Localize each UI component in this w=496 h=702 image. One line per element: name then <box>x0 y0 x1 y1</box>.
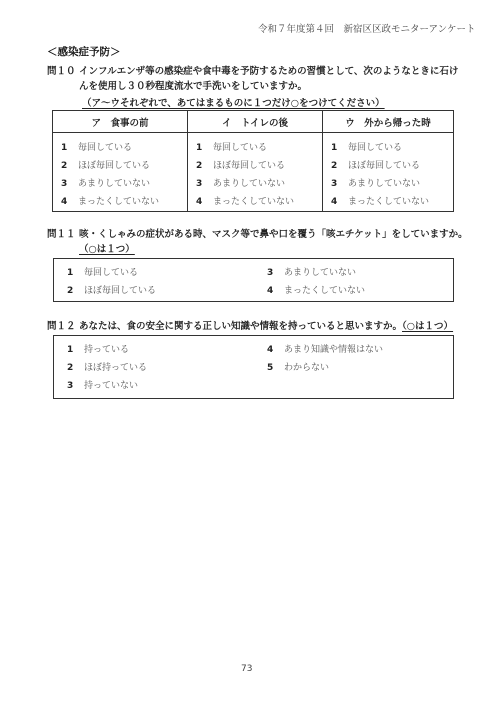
option-item[interactable]: 2ほぼ毎回している <box>331 157 453 175</box>
option-item[interactable]: 4まったくしていない <box>331 193 453 211</box>
q11-instruction: （○は１つ） <box>79 241 135 255</box>
option-item[interactable]: 5わからない <box>267 360 329 373</box>
q10-number: 問１０ <box>47 63 79 77</box>
option-item[interactable]: 3あまりしていない <box>267 265 356 278</box>
q10-instruction: （ア～ウそれぞれで、あてはまるものに１つだけ○をつけてください） <box>82 95 385 109</box>
page-number: 73 <box>241 664 252 674</box>
q10-col-i-options: 1毎回している 2ほぼ毎回している 3あまりしていない 4まったくしていない <box>188 133 323 212</box>
option-item[interactable]: 1毎回している <box>331 139 453 157</box>
option-item[interactable]: 1毎回している <box>61 139 187 157</box>
option-item[interactable]: 3あまりしていない <box>196 175 322 193</box>
option-item[interactable]: 4あまり知識や情報はない <box>267 342 383 355</box>
option-item[interactable]: 4まったくしていない <box>61 193 187 211</box>
option-item[interactable]: 3あまりしていない <box>331 175 453 193</box>
option-item[interactable]: 4まったくしていない <box>267 283 365 296</box>
q10-col-a-options: 1毎回している 2ほぼ毎回している 3あまりしていない 4まったくしていない <box>53 133 188 212</box>
option-item[interactable]: 2ほぼ毎回している <box>61 157 187 175</box>
q12-number: 問１２ <box>47 318 79 332</box>
q11-text: 問１１咳・くしゃみの症状がある時、マスク等で鼻や口を覆う「咳エチケット」をしてい… <box>47 226 468 240</box>
q10-text-line1: 問１０インフルエンザ等の感染症や食中毒を予防するための習慣として、次のようなとき… <box>47 63 458 77</box>
q10-col-header-a: ア 食事の前 <box>53 111 188 133</box>
document-header: 令和７年度第４回 新宿区区政モニターアンケート <box>258 21 475 35</box>
option-item[interactable]: 2ほぼ毎回している <box>67 283 156 296</box>
option-item[interactable]: 4まったくしていない <box>196 193 322 211</box>
q10-answer-table: ア 食事の前 イ トイレの後 ウ 外から帰った時 1毎回している 2ほぼ毎回して… <box>52 110 454 212</box>
q12-text: 問１２あなたは、食の安全に関する正しい知識や情報を持っていると思いますか。（○は… <box>47 318 453 332</box>
q10-text-line2: んを使用し３０秒程度流水で手洗いをしていますか。 <box>79 78 307 92</box>
option-item[interactable]: 3持っていない <box>67 378 138 391</box>
option-item[interactable]: 3あまりしていない <box>61 175 187 193</box>
q10-col-u-options: 1毎回している 2ほぼ毎回している 3あまりしていない 4まったくしていない <box>323 133 454 212</box>
option-item[interactable]: 2ほぼ持っている <box>67 360 147 373</box>
option-item[interactable]: 1毎回している <box>196 139 322 157</box>
q10-col-header-u: ウ 外から帰った時 <box>323 111 454 133</box>
option-item[interactable]: 1毎回している <box>67 265 138 278</box>
q12-instruction: （○は１つ） <box>402 321 453 332</box>
q11-number: 問１１ <box>47 226 79 240</box>
section-title: ＜感染症予防＞ <box>47 44 121 59</box>
option-item[interactable]: 2ほぼ毎回している <box>196 157 322 175</box>
q10-col-header-i: イ トイレの後 <box>188 111 323 133</box>
option-item[interactable]: 1持っている <box>67 342 129 355</box>
